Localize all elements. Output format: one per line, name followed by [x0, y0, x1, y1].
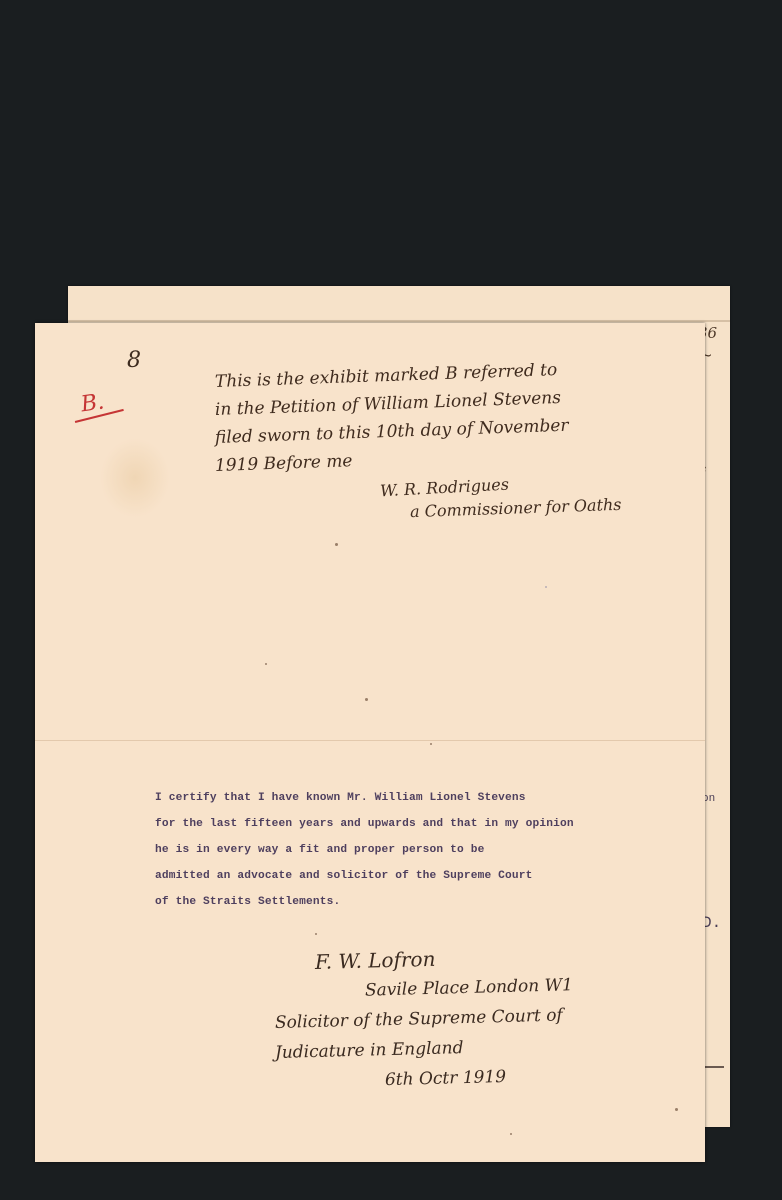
typed-line: he is in every way a fit and proper pers…: [155, 837, 695, 863]
fold-line: [35, 740, 705, 741]
commissioner-signature-block: W. R. Rodrigues a Commissioner for Oaths: [380, 473, 622, 521]
paper-stain: [100, 438, 170, 518]
paper-speck: [510, 1133, 512, 1135]
paper-speck: [365, 698, 368, 701]
paper-speck: [545, 586, 547, 588]
page-number: 8: [127, 348, 141, 373]
typed-line: for the last fifteen years and upwards a…: [155, 811, 695, 837]
paper-speck: [675, 1108, 678, 1111]
typed-certification: I certify that I have known Mr. William …: [155, 785, 695, 915]
solicitor-signature-block: F. W. Lofron Savile Place London W1 Soli…: [275, 948, 573, 1098]
front-page: 8 B. This is the exhibit marked B referr…: [35, 323, 705, 1162]
paper-speck: [315, 933, 317, 935]
paper-speck: [430, 743, 432, 745]
paper-speck: [265, 663, 267, 665]
typed-line: of the Straits Settlements.: [155, 889, 695, 915]
typed-line: admitted an advocate and solicitor of th…: [155, 863, 695, 889]
signature-date: 6th Octr 1919: [275, 1060, 574, 1098]
typed-line: I certify that I have known Mr. William …: [155, 785, 695, 811]
handwritten-exhibit-note: This is the exhibit marked B referred to…: [215, 368, 705, 480]
back-page-mark: [704, 1066, 724, 1068]
paper-speck: [335, 543, 338, 546]
back-page-edge: [68, 320, 730, 322]
